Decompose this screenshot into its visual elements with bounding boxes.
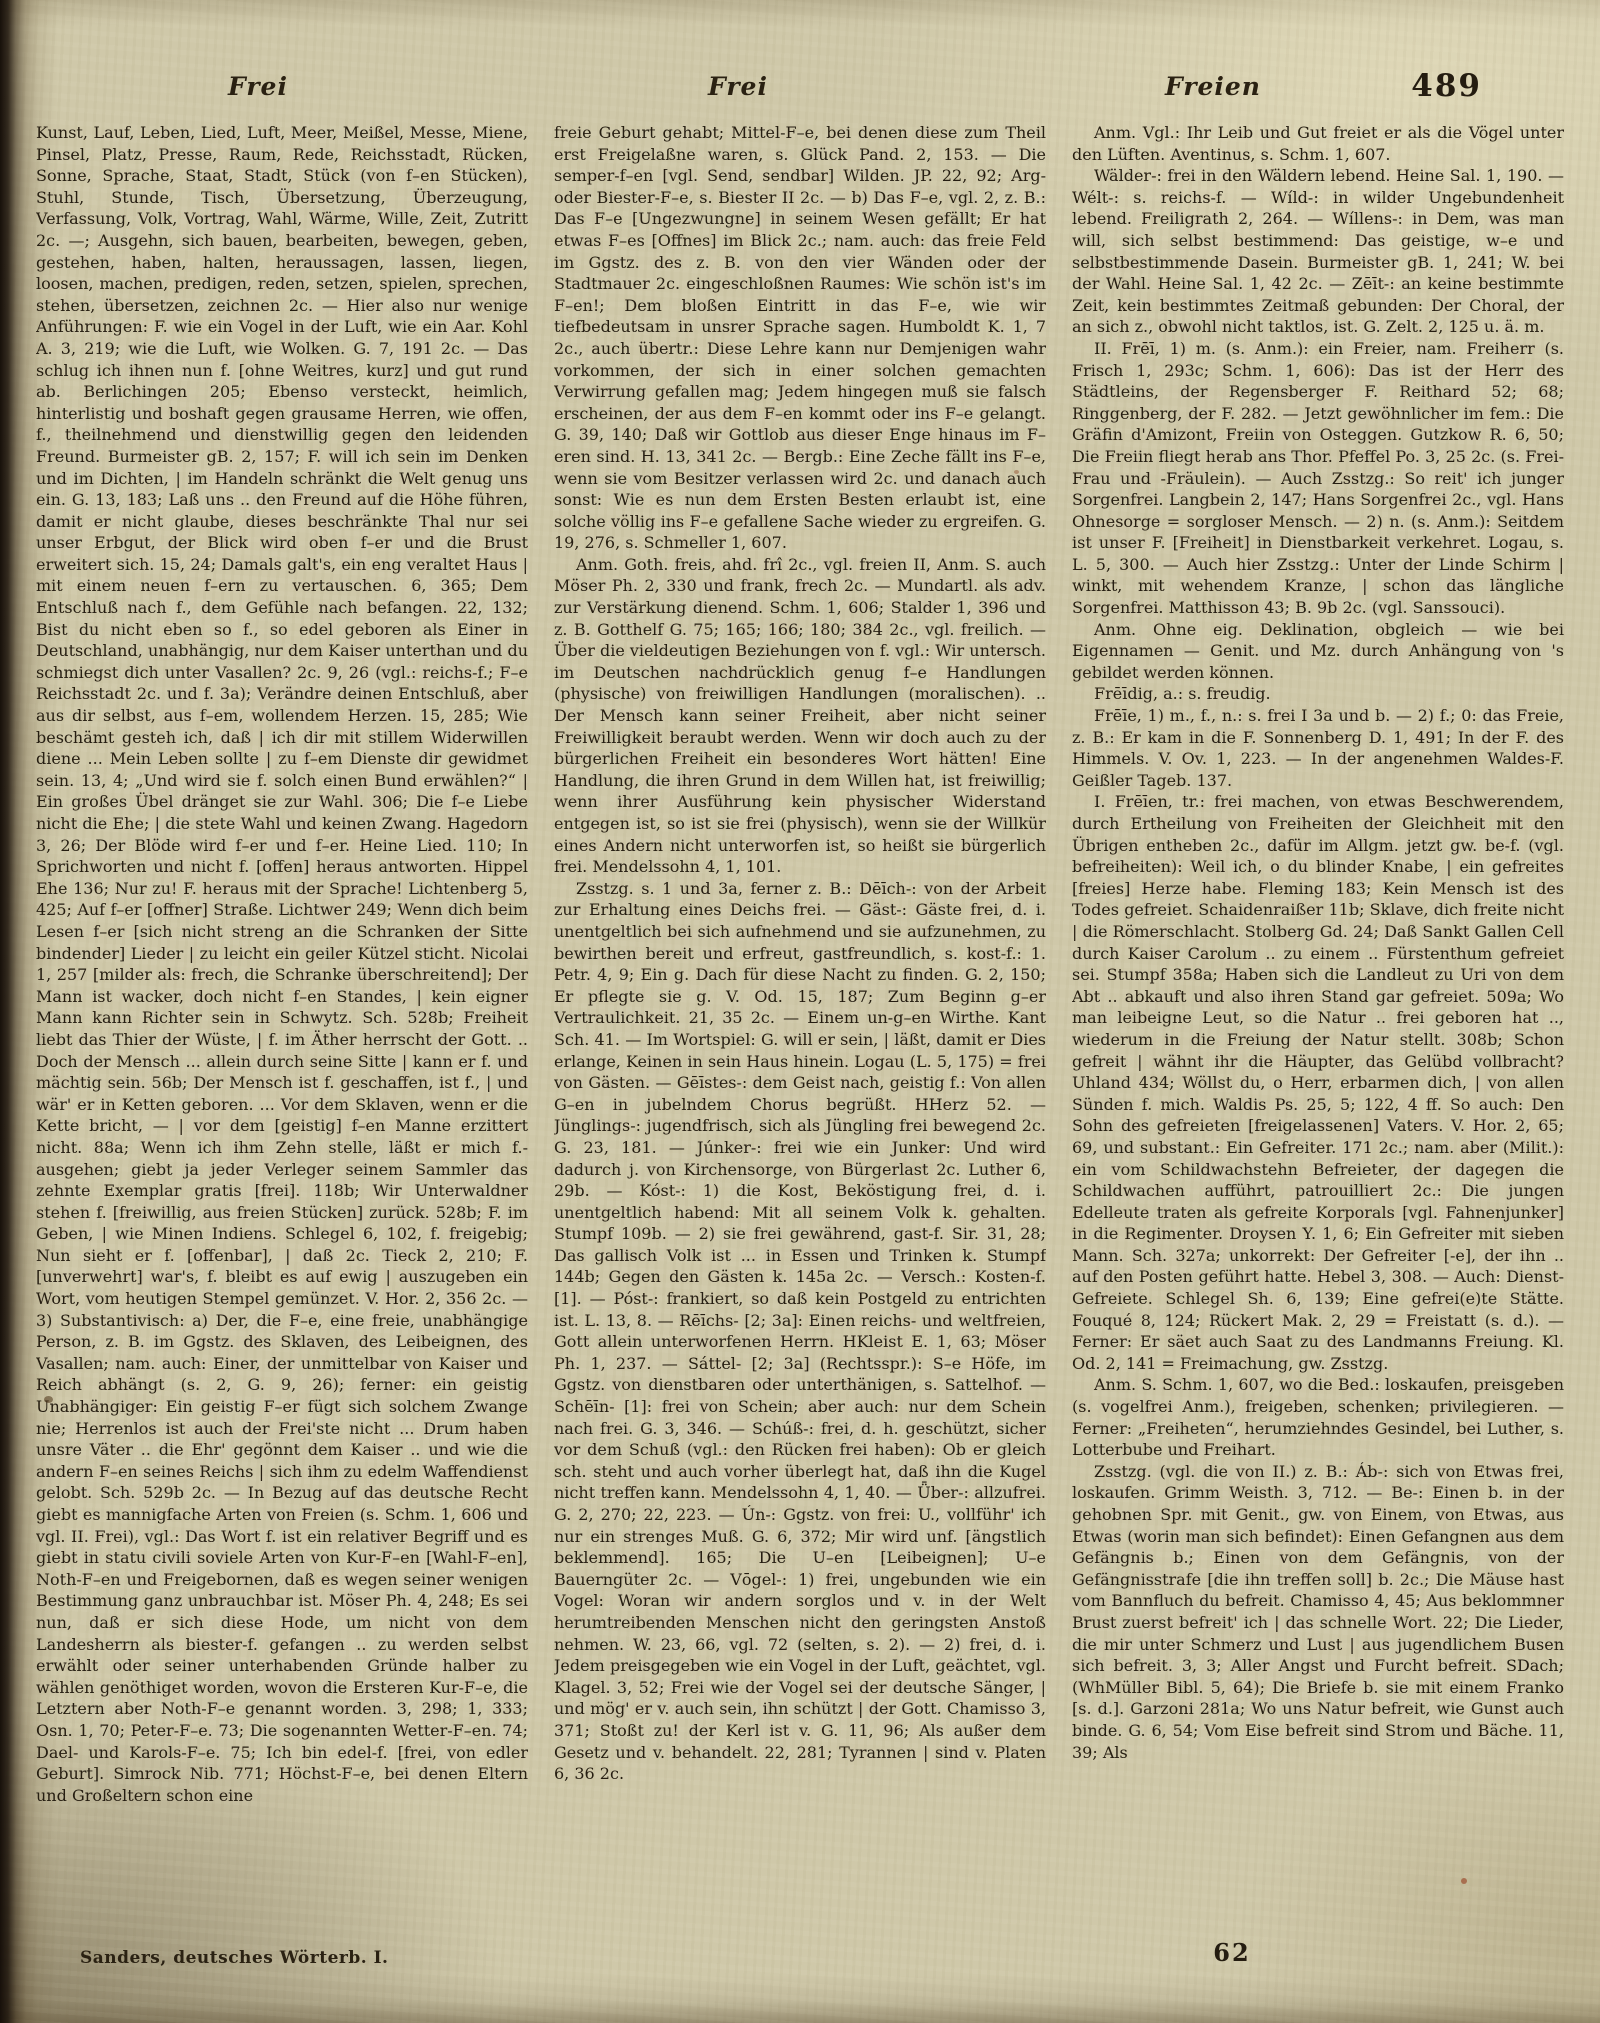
running-title-column-2: Frei (708, 72, 768, 101)
text-column-3: Anm. Vgl.: Ihr Leib und Gut freiet er al… (1072, 122, 1564, 1937)
paragraph: Wälder-: frei in den Wäldern lebend. Hei… (1072, 165, 1564, 338)
running-title-column-1: Frei (228, 72, 288, 101)
text-column-2: freie Geburt gehabt; Mittel-F–e, bei den… (554, 122, 1046, 1937)
paragraph: I. Frēīen, tr.: frei machen, von etwas B… (1072, 791, 1564, 1374)
paragraph: Anm. S. Schm. 1, 607, wo die Bed.: loska… (1072, 1374, 1564, 1460)
text-column-1: Kunst, Lauf, Leben, Lied, Luft, Meer, Me… (36, 122, 528, 1937)
paragraph: Frēīe, 1) m., f., n.: s. frei I 3a und b… (1072, 705, 1564, 791)
page-header: Frei Frei Freien 489 (0, 72, 1600, 112)
paragraph: Frēīdig, a.: s. freudig. (1072, 683, 1564, 705)
paragraph: Anm. Ohne eig. Deklination, obgleich — w… (1072, 619, 1564, 684)
sheet-number: 62 (1213, 1938, 1250, 1967)
paragraph: Anm. Goth. freis, ahd. frî 2c., vgl. fre… (554, 554, 1046, 878)
dictionary-page-scan: Frei Frei Freien 489 Kunst, Lauf, Leben,… (0, 0, 1600, 2023)
printer-signature: Sanders, deutsches Wörterb. I. (80, 1948, 388, 1968)
text-columns: Kunst, Lauf, Leben, Lied, Luft, Meer, Me… (36, 122, 1564, 1937)
paragraph: Zsstzg. (vgl. die von II.) z. B.: Áb-: s… (1072, 1461, 1564, 1763)
page-number: 489 (1411, 68, 1482, 104)
running-title-column-3: Freien (1165, 72, 1261, 101)
paragraph: II. Frēī, 1) m. (s. Anm.): ein Freier, n… (1072, 338, 1564, 619)
paragraph: Kunst, Lauf, Leben, Lied, Luft, Meer, Me… (36, 122, 528, 1806)
paragraph: freie Geburt gehabt; Mittel-F–e, bei den… (554, 122, 1046, 554)
paragraph: Anm. Vgl.: Ihr Leib und Gut freiet er al… (1072, 122, 1564, 165)
paragraph: Zsstzg. s. 1 und 3a, ferner z. B.: Dēīch… (554, 878, 1046, 1785)
